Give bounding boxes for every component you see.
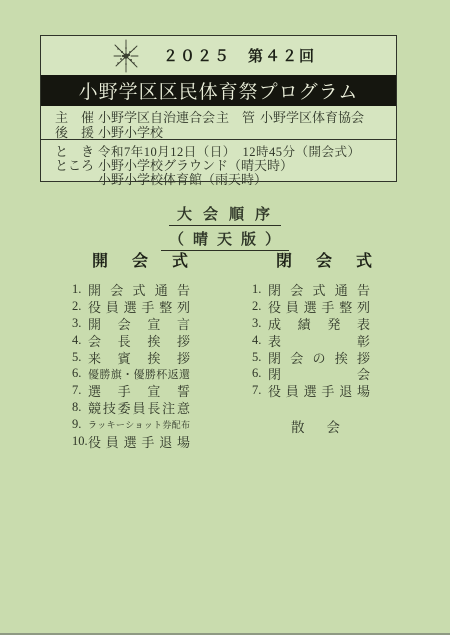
item-label: 役員選手退場	[88, 432, 190, 451]
ceremony-item: 3.開会宣言	[72, 315, 232, 332]
where-label: ところ	[55, 155, 98, 174]
item-label: 優勝旗・優勝杯返還	[88, 366, 190, 382]
item-number: 2.	[252, 299, 268, 314]
item-number: 10.	[72, 434, 88, 449]
dismissal-label: 散会	[291, 416, 412, 436]
ceremony-item: 1.開会式通告	[72, 281, 232, 298]
item-number: 5.	[252, 350, 268, 365]
ceremony-item: 6.閉会	[252, 365, 412, 382]
year-edition-title: ２０２５ 第４２回	[163, 45, 316, 66]
item-number: 7.	[72, 383, 88, 398]
where-row-2: 小野小学校体育館（雨天時）	[55, 172, 396, 186]
where-value-2: 小野小学校体育館（雨天時）	[98, 169, 267, 188]
ceremony-item: 2.役員選手整列	[72, 298, 232, 315]
item-number: 2.	[72, 299, 88, 314]
opening-ceremony-section: 開会式 1.開会式通告2.役員選手整列3.開会宣言4.会長挨拶5.来賓挨拶6.優…	[72, 248, 232, 450]
item-number: 4.	[72, 333, 88, 348]
ceremony-item: 3.成績発表	[252, 315, 412, 332]
ceremony-item: 1.閉会式通告	[252, 281, 412, 298]
supporter-row: 後 援 小野小学校	[55, 124, 396, 139]
header-box: ２０２５ 第４２回 小野学区区民体育祭プログラム 主 催 小野学区自治連合会 主…	[40, 35, 397, 182]
firework-icon	[111, 39, 141, 73]
item-number: 5.	[72, 350, 88, 365]
ceremony-item: 10.役員選手退場	[72, 433, 232, 450]
when-where-section: と き 令和7年10月12日（日） 12時45分（開会式） ところ 小野小学校グ…	[41, 140, 396, 186]
item-number: 6.	[252, 366, 268, 381]
item-number: 3.	[72, 316, 88, 331]
ceremony-item: 9.ラッキーショット券配布	[72, 416, 232, 433]
ceremony-item: 2.役員選手整列	[252, 298, 412, 315]
item-number: 4.	[252, 333, 268, 348]
item-label: 来賓挨拶	[88, 348, 190, 367]
item-number: 6.	[72, 366, 88, 381]
item-number: 1.	[252, 282, 268, 297]
item-label: 競技委員長注意	[88, 398, 190, 417]
supporter-label: 後 援	[55, 122, 98, 141]
item-number: 8.	[72, 400, 88, 415]
closing-ceremony-section: 閉会式 1.閉会式通告2.役員選手整列3.成績発表4.表彰5.閉会の挨拶6.閉会…	[252, 248, 412, 436]
program-title: 小野学区区民体育祭プログラム	[79, 77, 359, 104]
title-strip: ２０２５ 第４２回	[41, 36, 396, 75]
organizer-section: 主 催 小野学区自治連合会 主 管 小野学区体育協会 後 援 小野小学校	[41, 106, 396, 140]
item-number: 1.	[72, 282, 88, 297]
supporter-value: 小野小学校	[98, 122, 163, 141]
item-label: ラッキーショット券配布	[88, 418, 190, 431]
order-heading: 大会順序 （晴天版）	[0, 203, 450, 251]
manager-label: 主 管	[216, 107, 260, 126]
item-label: 役員選手退場	[268, 381, 370, 400]
program-title-banner: 小野学区区民体育祭プログラム	[41, 75, 396, 106]
closing-ceremony-list: 1.閉会式通告2.役員選手整列3.成績発表4.表彰5.閉会の挨拶6.閉会7.役員…	[252, 281, 412, 399]
item-number: 9.	[72, 417, 88, 432]
item-number: 3.	[252, 316, 268, 331]
opening-ceremony-title: 開会式	[92, 248, 232, 270]
item-number: 7.	[252, 383, 268, 398]
order-heading-line1: 大会順序	[169, 203, 281, 226]
ceremony-item: 4.会長挨拶	[72, 332, 232, 349]
closing-ceremony-title: 閉会式	[276, 248, 412, 270]
manager-value: 小野学区体育協会	[260, 107, 364, 126]
program-page: ２０２５ 第４２回 小野学区区民体育祭プログラム 主 催 小野学区自治連合会 主…	[0, 0, 450, 635]
ceremony-item: 8.競技委員長注意	[72, 399, 232, 416]
ceremony-item: 7.選手宣誓	[72, 382, 232, 399]
ceremony-item: 5.来賓挨拶	[72, 349, 232, 366]
ceremony-item: 6.優勝旗・優勝杯返還	[72, 365, 232, 382]
ceremony-item: 5.閉会の挨拶	[252, 349, 412, 366]
opening-ceremony-list: 1.開会式通告2.役員選手整列3.開会宣言4.会長挨拶5.来賓挨拶6.優勝旗・優…	[72, 281, 232, 450]
ceremony-item: 7.役員選手退場	[252, 382, 412, 399]
ceremony-item: 4.表彰	[252, 332, 412, 349]
